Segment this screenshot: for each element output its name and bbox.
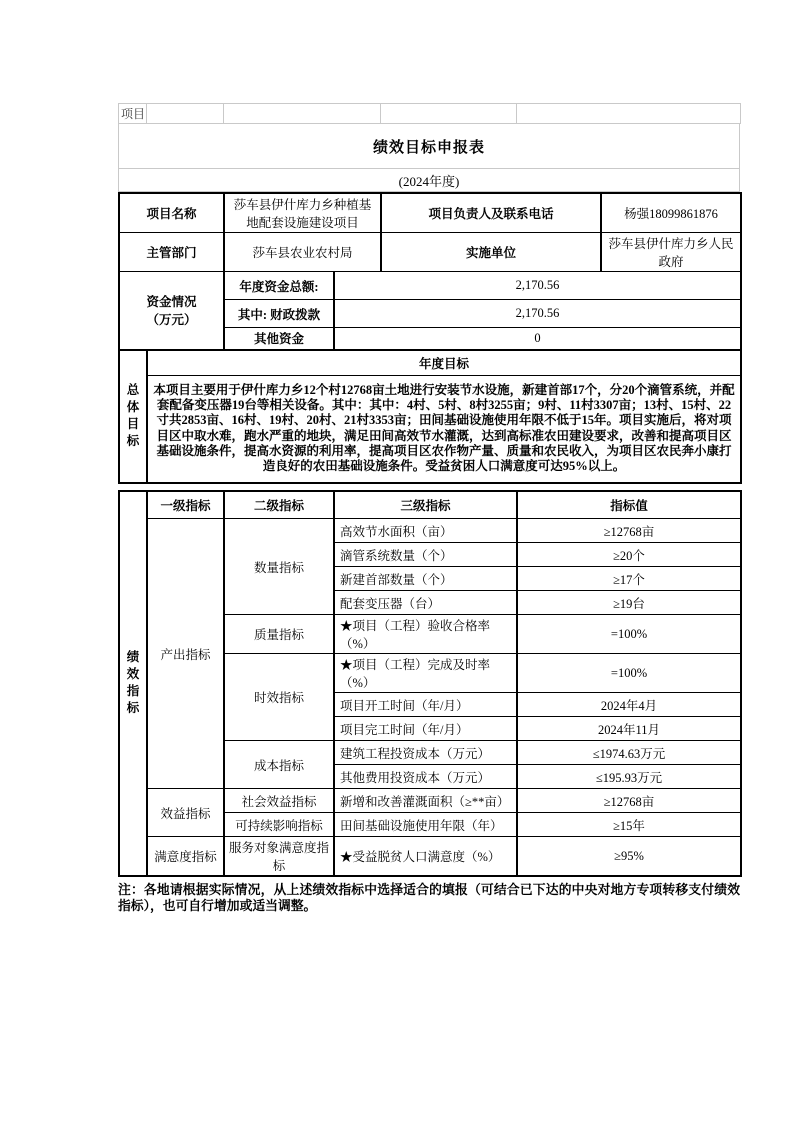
indicator-value: ≥20个 [517,543,741,567]
col-header-level3: 三级指标 [334,491,517,519]
form-year: (2024年度) [118,168,740,192]
indicator-row: 建筑工程投资成本（万元） [334,741,517,765]
indicator-row: 新增和改善灌溉面积（≥**亩） [334,789,517,813]
empty-cell [381,104,517,124]
annual-goal-header: 年度目标 [147,350,741,376]
funding-total-value: 2,170.56 [334,272,741,300]
indicator-row: 其他费用投资成本（万元） [334,765,517,789]
level2-timeliness: 时效指标 [224,654,334,741]
indicator-value: =100% [517,654,741,693]
indicator-value: ≥12768亩 [517,789,741,813]
indicator-row: 配套变压器（台） [334,591,517,615]
funding-fiscal-label: 其中: 财政拨款 [224,300,334,328]
manager-value: 杨强18099861876 [601,193,741,233]
indicator-value: ≥19台 [517,591,741,615]
basic-info-table: 项目名称 莎车县伊什库力乡种植基地配套设施建设项目 项目负责人及联系电话 杨强1… [118,192,742,351]
overall-goal-table: 总体目标 年度目标 本项目主要用于伊什库力乡12个村12768亩土地进行安装节水… [118,349,742,484]
level2-social: 社会效益指标 [224,789,334,813]
level2-sustain: 可持续影响指标 [224,813,334,837]
indicator-row: 项目完工时间（年/月） [334,717,517,741]
form-title: 绩效目标申报表 [118,123,740,169]
department-value: 莎车县农业农村局 [224,233,381,272]
col-header-level2: 二级指标 [224,491,334,519]
level2-service: 服务对象满意度指标 [224,837,334,877]
indicators-side-text: 绩效指标 [126,649,140,717]
indicators-side-label: 绩效指标 [119,491,147,877]
funding-label: 资金情况 （万元） [119,272,224,350]
level1-satisfaction: 满意度指标 [147,837,224,877]
department-label: 主管部门 [119,233,224,272]
funding-other-value: 0 [334,328,741,350]
indicator-row: 新建首部数量（个） [334,567,517,591]
indicator-row: 滴管系统数量（个） [334,543,517,567]
level2-quality: 质量指标 [224,615,334,654]
indicator-row: ★项目（工程）完成及时率（%） [334,654,517,693]
project-name-value: 莎车县伊什库力乡种植基地配套设施建设项目 [224,193,381,233]
annual-goal-text: 本项目主要用于伊什库力乡12个村12768亩土地进行安装节水设施，新建首部17个… [147,376,741,483]
col-header-value: 指标值 [517,491,741,519]
indicator-value: ≥17个 [517,567,741,591]
level1-output: 产出指标 [147,519,224,789]
indicator-value: ≥15年 [517,813,741,837]
corner-cell: 项目 [119,104,147,124]
overall-goal-side-label: 总体目标 [119,350,147,483]
indicator-value: ≥95% [517,837,741,877]
spreadsheet-top-row: 项目 [118,103,741,124]
level2-cost: 成本指标 [224,741,334,789]
indicator-value: ≤195.93万元 [517,765,741,789]
level1-benefit: 效益指标 [147,789,224,837]
indicator-row: 田间基础设施使用年限（年） [334,813,517,837]
indicator-value: ≥12768亩 [517,519,741,543]
level2-quantity: 数量指标 [224,519,334,615]
manager-label: 项目负责人及联系电话 [381,193,601,233]
project-name-label: 项目名称 [119,193,224,233]
col-header-level1: 一级指标 [147,491,224,519]
indicator-row: ★受益脱贫人口满意度（%） [334,837,517,877]
indicator-row: 高效节水面积（亩） [334,519,517,543]
empty-cell [147,104,224,124]
indicator-row: 项目开工时间（年/月） [334,693,517,717]
indicator-value: 2024年11月 [517,717,741,741]
form-sheet: 项目 绩效目标申报表 (2024年度) 项目名称 莎车县伊什库力乡种植基地配套设… [118,103,740,914]
empty-cell [224,104,381,124]
funding-other-label: 其他资金 [224,328,334,350]
funding-total-label: 年度资金总额: [224,272,334,300]
indicator-value: 2024年4月 [517,693,741,717]
footnote: 注：各地请根据实际情况，从上述绩效指标中选择适合的填报（可结合已下达的中央对地方… [118,882,740,914]
indicators-table: 绩效指标 一级指标 二级指标 三级指标 指标值 产出指标 数量指标 高效节水面积… [118,490,742,878]
indicator-value: ≤1974.63万元 [517,741,741,765]
implement-value: 莎车县伊什库力乡人民政府 [601,233,741,272]
indicator-row: ★项目（工程）验收合格率（%） [334,615,517,654]
implement-label: 实施单位 [381,233,601,272]
funding-fiscal-value: 2,170.56 [334,300,741,328]
overall-goal-side-text: 总体目标 [126,382,140,450]
indicator-value: =100% [517,615,741,654]
empty-cell [517,104,741,124]
